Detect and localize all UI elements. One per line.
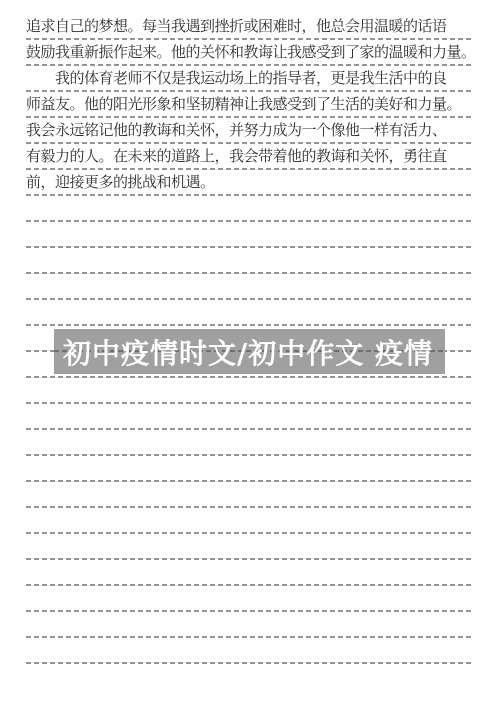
notebook-page: 追求自己的梦想。每当我遇到挫折或困难时，他总会用温暖的话语 鼓励我重新振作起来。… [0,0,500,706]
ruled-line [26,534,472,560]
ruled-line [26,638,472,664]
ruled-line [26,248,472,274]
ruled-line [26,508,472,534]
ruled-line [26,612,472,638]
ruled-line [26,482,472,508]
ruled-line [26,560,472,586]
ruled-line [26,456,472,482]
title-banner: 初中疫情时文/初中作文 疫情 [54,329,445,374]
ruled-line [26,222,472,248]
essay-line: 我会永远铭记他的教诲和关怀，并努力成为一个像他一样有活力、 [26,118,472,144]
banner-title-text: 初中疫情时文/初中作文 疫情 [63,332,433,372]
essay-line: 师益友。他的阳光形象和坚韧精神让我感受到了生活的美好和力量。 [26,92,472,118]
ruled-line [26,300,472,326]
ruled-line [26,586,472,612]
ruled-line [26,274,472,300]
essay-line: 鼓励我重新振作起来。他的关怀和教诲让我感受到了家的温暖和力量。 [26,40,472,66]
ruled-line [26,378,472,404]
essay-line: 追求自己的梦想。每当我遇到挫折或困难时，他总会用温暖的话语 [26,14,472,40]
essay-line: 有毅力的人。在未来的道路上，我会带着他的教诲和关怀，勇往直 [26,144,472,170]
ruled-line [26,404,472,430]
ruled-line [26,430,472,456]
essay-line: 前，迎接更多的挑战和机遇。 [26,170,472,196]
ruled-line [26,196,472,222]
essay-line: 我的体育老师不仅是我运动场上的指导者，更是我生活中的良 [26,66,472,92]
